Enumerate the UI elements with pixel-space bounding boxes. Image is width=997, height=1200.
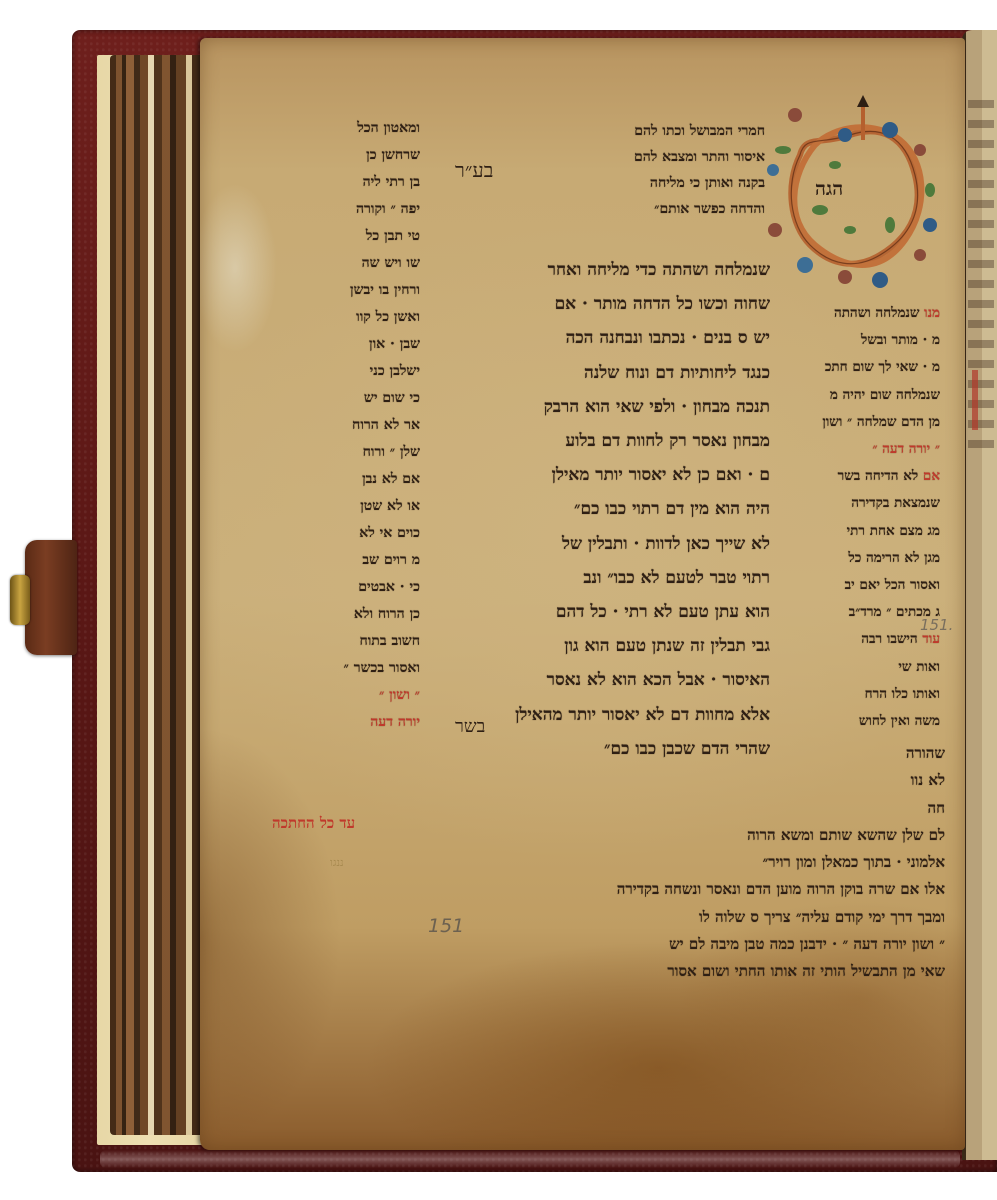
text-line: מגן לא הרימה כל bbox=[760, 545, 940, 572]
text-line: ״ ושון יורה דעה ״ · ידבנן כמה טבן מיבה ל… bbox=[425, 931, 945, 958]
text-line: כי שום יש bbox=[290, 385, 420, 412]
margin-note-red: עד כל החתכה bbox=[272, 814, 355, 833]
folio-number-bottom: 151 bbox=[428, 915, 464, 937]
text-line: אם לא הדיחה בשר bbox=[760, 463, 940, 490]
text-line: שהורה bbox=[765, 740, 945, 767]
text-line: מנו שנמלחה ושהתה bbox=[760, 300, 940, 327]
text-line: שבן · און bbox=[290, 331, 420, 358]
main-column-text: שנמלחה ושהתה כדי מליחה ואחר שחוה וכשו כל… bbox=[425, 253, 770, 766]
text-line: ואסור בכשר ״ bbox=[290, 655, 420, 682]
text-line: ומבך דרך ימי קודם עליה״ צריך ס שלוה לו bbox=[425, 904, 945, 931]
text-line: כן הרוח ולא bbox=[290, 601, 420, 628]
text-line: שנמלחה שום יהיה מ bbox=[760, 382, 940, 409]
text-line: שו ויש שה bbox=[290, 250, 420, 277]
brass-clasp-icon bbox=[10, 575, 30, 625]
text-line: מבחון נאסר רק לחוות דם בלוע bbox=[425, 424, 770, 458]
rubric: אם bbox=[923, 468, 940, 484]
text-line: חשוב בתוח bbox=[290, 628, 420, 655]
heading-top: בע״ר bbox=[455, 158, 493, 183]
text-line: והדחה כפשר אותם״ bbox=[550, 196, 765, 222]
text-line: כוים אי לא bbox=[290, 520, 420, 547]
text-line: רתוי טבר לטעם לא כבו״ ונב bbox=[425, 561, 770, 595]
text-line: לא נוו bbox=[765, 767, 945, 794]
bottom-text-block: שהורה לא נוו חה לם שלן שהשא שותם ומשא הר… bbox=[425, 740, 945, 986]
text-line: אלמוני · בתוך כמאלן ומון רויר״ bbox=[425, 849, 945, 876]
facing-page-rubric bbox=[972, 370, 978, 430]
decorated-initial-word: הגה bbox=[815, 178, 843, 201]
text-line: משה ואין לחוש bbox=[760, 708, 940, 735]
text-line: ג מכתים ״ מרד״ב bbox=[760, 599, 940, 626]
text-line: טי תבן כל bbox=[290, 223, 420, 250]
text-line: היה הוא מין דם רתוי כבו כם״ bbox=[425, 492, 770, 526]
text-line: מ · שאי לך שום חתכ bbox=[760, 354, 940, 381]
margin-note-faint: ננגו bbox=[330, 856, 344, 869]
right-column-text: מנו שנמלחה ושהתה מ · מותר ובשל מ · שאי ל… bbox=[760, 300, 940, 735]
text-line: הוא עתן טעם לא רתי · כל דהם bbox=[425, 595, 770, 629]
text-line: ואשן כל קוו bbox=[290, 304, 420, 331]
text-line: עוד הישבו רבה bbox=[760, 626, 940, 653]
text-line: חה bbox=[765, 795, 945, 822]
text-line: כי · אבטים bbox=[290, 574, 420, 601]
text-line: גבי תבלין זה שנתן טעם הוא גון bbox=[425, 629, 770, 663]
text-line: ישלבן כני bbox=[290, 358, 420, 385]
text-line: תנכה מבחון · ולפי שאי הוא הרבק bbox=[425, 390, 770, 424]
rubric: מנו bbox=[924, 305, 940, 321]
text-line: או לא שטן bbox=[290, 493, 420, 520]
text-line: ומאטון הכל bbox=[290, 115, 420, 142]
text-line: מ רוים שב bbox=[290, 547, 420, 574]
text-line: ואות שי bbox=[760, 654, 940, 681]
text-line: לא שייך כאן לדוות · ותבלין של bbox=[425, 527, 770, 561]
text-line: מ · מותר ובשל bbox=[760, 327, 940, 354]
knotwork-wreath-icon bbox=[765, 95, 940, 290]
text-line: שלן ״ ורוח bbox=[290, 439, 420, 466]
text-line: מן הדם שמלחה ״ ושון bbox=[760, 409, 940, 436]
text-line: אלו אם שרה בוקן הרוה מוען הדם ונאסר ונשח… bbox=[425, 876, 945, 903]
text-line: כנגד ליחותיות דם ונוח שלנה bbox=[425, 356, 770, 390]
text-line: ואותו כלו הרח bbox=[760, 681, 940, 708]
text-line: ורחין בו יבשן bbox=[290, 277, 420, 304]
clasp-strap bbox=[25, 540, 77, 655]
text-line: יש ס בנים · נכתבו ונבחנה הכה bbox=[425, 321, 770, 355]
rubric-line: ״ יורה דעה ״ bbox=[760, 436, 940, 463]
text-line: בקנה ואותן כי מליחה bbox=[550, 170, 765, 196]
rubric-line: יורה דעה bbox=[290, 709, 420, 736]
rubric-line: ״ ושון ״ bbox=[290, 682, 420, 709]
folio-number-side: 151. bbox=[920, 616, 953, 634]
text-line: שאי מן התבשיל הותי זה אותו החתי ושום אסו… bbox=[425, 958, 945, 985]
text-line: שנמלחה ושהתה כדי מליחה ואחר bbox=[425, 253, 770, 287]
text-line: ם · ואם כן לא יאסור יותר מאילן bbox=[425, 458, 770, 492]
text-line: איסור והתר ומצבא להם bbox=[550, 144, 765, 170]
text-line: שרחשן כן bbox=[290, 142, 420, 169]
text-line: לם שלן שהשא שותם ומשא הרוה bbox=[425, 822, 945, 849]
text-line: חמרי המבושל וכתו להם bbox=[550, 118, 765, 144]
left-column-text: ומאטון הכל שרחשן כן בן רתי ליה יפה ״ וקו… bbox=[290, 115, 420, 736]
text-line: שנמצאת בקדירה bbox=[760, 490, 940, 517]
text-line: בן רתי ליה bbox=[290, 169, 420, 196]
binding-edge-sheen bbox=[100, 1150, 960, 1168]
text-line: אם לא נבן bbox=[290, 466, 420, 493]
top-column-text: חמרי המבושל וכתו להם איסור והתר ומצבא לה… bbox=[550, 118, 765, 222]
text-line: שחוה וכשו כל הדחה מותר · אם bbox=[425, 287, 770, 321]
text-line: אר לא הרוח bbox=[290, 412, 420, 439]
text-line: יפה ״ וקורה bbox=[290, 196, 420, 223]
text-line: האיסור · אבל הכא הוא לא נאסר bbox=[425, 663, 770, 697]
text-line: מג מצם אחת רתי bbox=[760, 518, 940, 545]
text-line: אלא מחוות דם לא יאסור יותר מהאילן bbox=[425, 698, 770, 732]
text-line: ואסור הכל יאם יב bbox=[760, 572, 940, 599]
